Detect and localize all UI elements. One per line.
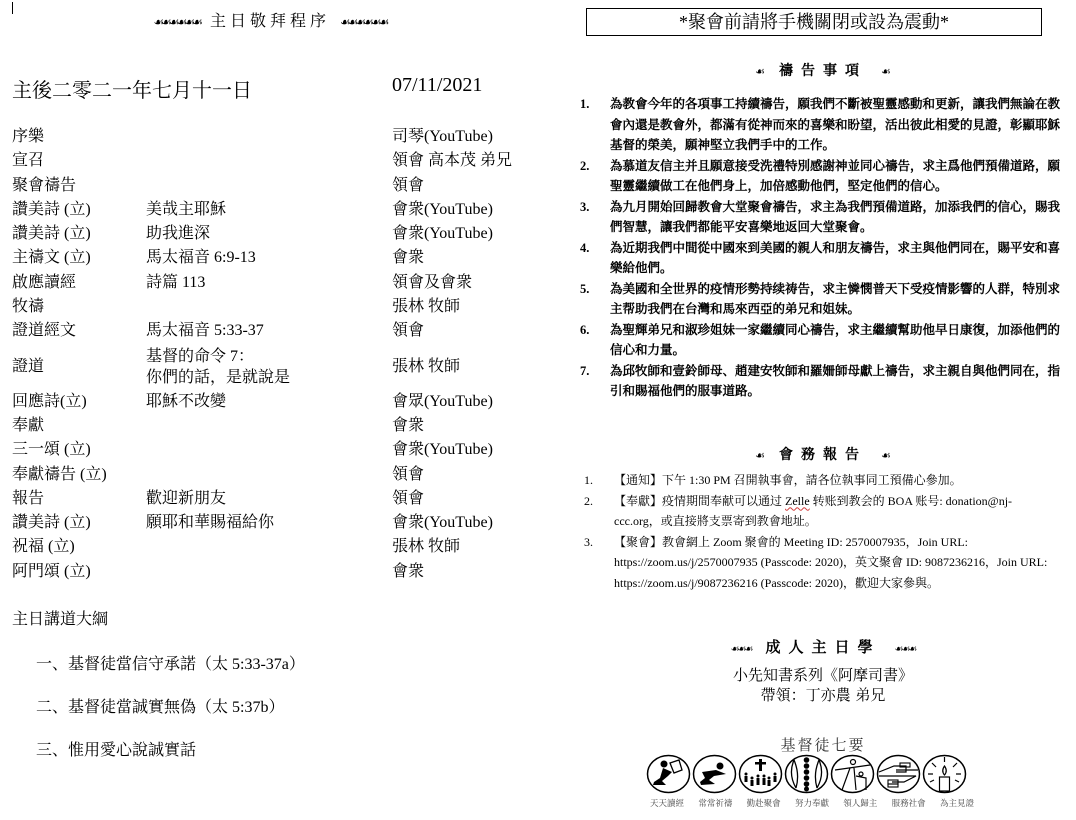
announcements-column: *聚會前請將手機關閉或設為震動* ☙禱告事項☙ 1.為教會今年的各項事工持續禱告… [570, 0, 1076, 820]
news-text: 【聚會】教會網上 Zoom 聚會的 Meeting ID: 2570007935… [584, 532, 1070, 553]
prayer-text: 為近期我們中間從中國來到美國的親人和朋友禱告，求主與他們同在，賜平安和喜樂給他們… [610, 241, 1060, 276]
news-item: 2. 【奉獻】疫情期間奉献可以通过 Zelle 转账到教会的 BOA 账号: d… [584, 491, 1070, 532]
news-text: 【通知】下午 1:30 PM 召開執事會，請各位執事同工預備心參加。 [584, 470, 1070, 491]
congregation-cross-icon [738, 754, 783, 794]
prayer-item: 3.為九月開始回歸教會大堂聚會禱告，求主為我們預備道路，加添我們的信心，賜我們智… [580, 197, 1070, 238]
order-item: 奉獻 [12, 414, 44, 438]
prayer-heading: ☙禱告事項☙ [570, 60, 1076, 80]
worship-order-row: 聚會禱告領會 [12, 174, 552, 198]
prayer-text: 為九月開始回歸教會大堂聚會禱告，求主為我們預備道路，加添我們的信心，賜我們智慧，… [610, 200, 1060, 235]
prayer-item: 1.為教會今年的各項事工持續禱告，願我們不斷被聖靈感動和更新，讓我們無論在教會內… [580, 94, 1070, 156]
essential-label: 勤赴聚會 [741, 797, 787, 809]
essential-label: 領人歸主 [837, 797, 883, 809]
order-item: 報告 [12, 487, 44, 511]
order-leader: 張林 牧師 [392, 355, 460, 379]
worship-order-row: 主禱文 (立)馬太福音 6:9-13會衆 [12, 246, 552, 270]
order-leader: 會衆(YouTube) [392, 198, 493, 222]
worship-order-row: 回應詩(立)耶穌不改變會眾(YouTube) [12, 390, 552, 414]
sunday-school-leader: 帶領：丁亦農 弟兄 [570, 684, 1076, 705]
worship-order-row: 讚美詩 (立)助我進深會衆(YouTube) [12, 222, 552, 246]
worship-order-row: 三一頌 (立)會衆(YouTube) [12, 438, 552, 462]
sunday-school-heading: ☙☙☙成人主日學☙☙☙ [570, 636, 1076, 657]
order-item: 三一頌 (立) [12, 438, 91, 462]
order-leader: 張林 牧師 [392, 535, 460, 559]
kneeling-prayer-icon [692, 754, 737, 794]
order-leader: 領會 [392, 487, 424, 511]
date-english: 07/11/2021 [392, 74, 482, 97]
order-item: 祝福 (立) [12, 535, 75, 559]
prayer-number: 5. [580, 279, 589, 300]
ornament-icon: ☙☙☙ [895, 644, 916, 655]
order-leader: 會衆(YouTube) [392, 222, 493, 246]
news-item: 3. 【聚會】教會網上 Zoom 聚會的 Meeting ID: 2570007… [584, 532, 1070, 594]
worship-order-row: 證道經文馬太福音 5:33-37領會 [12, 319, 552, 343]
news-text-part: 【奉獻】疫情期間奉献可以通过 [614, 494, 785, 508]
news-number: 2. [584, 491, 593, 512]
order-item: 讚美詩 (立) [12, 222, 91, 246]
spellcheck-word-zelle[interactable]: Zelle [785, 494, 810, 508]
prayer-number: 2. [580, 156, 589, 177]
worship-order-row: 證道基督的命令 7：你們的話，是就說是張林 牧師 [12, 344, 552, 390]
essential-label: 努力奉獻 [789, 797, 835, 809]
prayer-item: 2.為慕道友信主并且願意接受洗禮特別感謝神並同心禱告，求主爲他們預備道路，願聖靈… [580, 156, 1070, 197]
news-heading: ☙會務報告☙ [570, 444, 1076, 464]
prayer-text: 為邱牧師和壹鈴師母、趙建安牧師和羅姍師母獻上禱告，求主親自與他們同在，指引和賜福… [610, 364, 1060, 399]
worship-program-column: ☙☙☙☙☙☙主日敬拜程序☙☙☙☙☙☙ 主後二零二一年七月十一日 07/11/20… [0, 0, 560, 820]
order-item: 證道經文 [12, 319, 76, 343]
order-leader: 張林 牧師 [392, 295, 460, 319]
order-item: 宣召 [12, 149, 44, 173]
ornament-icon: ☙☙☙ [731, 644, 752, 655]
ornament-icon: ☙ [881, 65, 891, 78]
ornament-left: ☙☙☙☙☙☙ [153, 15, 200, 29]
sunday-school-series: 小先知書系列《阿摩司書》 [570, 664, 1076, 685]
order-leader: 會衆 [392, 560, 424, 584]
order-leader: 會衆(YouTube) [392, 511, 493, 535]
worship-order-row: 讚美詩 (立)美哉主耶穌會衆(YouTube) [12, 198, 552, 222]
essential-label: 服務社會 [886, 797, 932, 809]
news-text-continued: ccc.org，或直接將支票寄到教會地址。 [584, 511, 1070, 532]
worship-order-row: 啟應讀經詩篇 113領會及會衆 [12, 271, 552, 295]
prayer-title: 禱告事項 [779, 63, 867, 79]
order-detail: 助我進深 [146, 222, 210, 246]
essential-label: 常常祈禱 [692, 797, 738, 809]
worship-order-row: 奉獻會衆 [12, 414, 552, 438]
worship-order-row: 牧禱張林 牧師 [12, 295, 552, 319]
order-item: 牧禱 [12, 295, 44, 319]
essential-label: 天天讀經 [644, 797, 690, 809]
order-leader: 會衆 [392, 414, 424, 438]
order-detail: 馬太福音 5:33-37 [146, 319, 264, 343]
lead-to-lord-icon [830, 754, 875, 794]
order-leader: 領會及會衆 [392, 271, 472, 295]
order-detail: 詩篇 113 [146, 271, 205, 295]
worship-order-table: 序樂司琴(YouTube)宣召領會 高本茂 弟兄聚會禱告領會讚美詩 (立)美哉主… [12, 125, 552, 584]
order-detail: 基督的命令 7：你們的話，是就說是 [146, 346, 290, 388]
seven-essentials-title: 基督徒七要 [570, 734, 1076, 755]
order-detail: 歡迎新朋友 [146, 487, 226, 511]
prayer-item: 7.為邱牧師和壹鈴師母、趙建安牧師和羅姍師母獻上禱告，求主親自與他們同在，指引和… [580, 361, 1070, 402]
order-item: 讚美詩 (立) [12, 198, 91, 222]
worship-order-row: 阿門頌 (立)會衆 [12, 560, 552, 584]
sermon-outline-title: 主日講道大綱 [12, 606, 108, 629]
news-item: 1. 【通知】下午 1:30 PM 召開執事會，請各位執事同工預備心參加。 [584, 470, 1070, 491]
prayer-text: 為美國和全世界的疫情形勢持续祷告，求主憐憫普天下受疫情影響的人群，特別求主帮助我… [610, 282, 1060, 317]
news-text-part: 转账到教会的 BOA 账号: donation@nj- [810, 494, 1012, 508]
prayer-item: 4.為近期我們中間從中國來到美國的親人和朋友禱告，求主與他們同在，賜平安和喜樂給… [580, 238, 1070, 279]
prayer-number: 6. [580, 320, 589, 341]
worship-order-row: 宣召領會 高本茂 弟兄 [12, 149, 552, 173]
candle-light-icon [922, 754, 967, 794]
date-chinese: 主後二零二一年七月十一日 [12, 74, 252, 103]
order-item: 主禱文 (立) [12, 246, 91, 270]
seven-essentials-icons [646, 754, 976, 794]
prayer-number: 4. [580, 238, 589, 259]
sunday-school-title: 成人主日學 [765, 638, 880, 656]
prayer-list: 1.為教會今年的各項事工持續禱告，願我們不斷被聖靈感動和更新，讓我們無論在教會內… [580, 94, 1070, 402]
zoom-link-english[interactable]: https://zoom.us/j/9087236216 (Passcode: … [584, 573, 1070, 594]
prayer-item: 5.為美國和全世界的疫情形勢持续祷告，求主憐憫普天下受疫情影響的人群，特別求主帮… [580, 279, 1070, 320]
order-item: 奉獻禱告 (立) [12, 463, 107, 487]
ornament-icon: ☙ [755, 449, 765, 462]
news-number: 1. [584, 470, 593, 491]
news-list: 1. 【通知】下午 1:30 PM 召開執事會，請各位執事同工預備心參加。 2.… [584, 470, 1070, 593]
order-detail-line: 你們的話，是就說是 [146, 367, 290, 388]
worship-order-row: 奉獻禱告 (立)領會 [12, 463, 552, 487]
order-leader: 會衆(YouTube) [392, 438, 493, 462]
serving-hands-icon [876, 754, 921, 794]
order-detail: 馬太福音 6:9-13 [146, 246, 256, 270]
fish-loaves-icon [784, 754, 829, 794]
zoom-link-chinese[interactable]: https://zoom.us/j/2570007935 (Passcode: … [584, 552, 1070, 573]
ornament-right: ☙☙☙☙☙☙ [340, 15, 387, 29]
order-item: 序樂 [12, 125, 44, 149]
prayer-number: 1. [580, 94, 589, 115]
phone-notice-box: *聚會前請將手機關閉或設為震動* [586, 8, 1042, 36]
ornament-icon: ☙ [881, 449, 891, 462]
news-title: 會務報告 [779, 447, 867, 463]
order-item: 回應詩(立) [12, 390, 87, 414]
order-leader: 會眾(YouTube) [392, 390, 493, 414]
sermon-point: 一、基督徒當信守承諾（太 5:33-37a） [36, 651, 305, 674]
essential-label: 為主見證 [934, 797, 980, 809]
order-detail: 耶穌不改變 [146, 390, 226, 414]
worship-order-row: 序樂司琴(YouTube) [12, 125, 552, 149]
order-leader: 會衆 [392, 246, 424, 270]
order-leader: 司琴(YouTube) [392, 125, 493, 149]
order-leader: 領會 高本茂 弟兄 [392, 149, 512, 173]
order-item: 讚美詩 (立) [12, 511, 91, 535]
prayer-text: 為慕道友信主并且願意接受洗禮特別感謝神並同心禱告，求主爲他們預備道路，願聖靈繼續… [610, 159, 1060, 194]
worship-order-row: 祝福 (立)張林 牧師 [12, 535, 552, 559]
news-text: 【奉獻】疫情期間奉献可以通过 Zelle 转账到教会的 BOA 账号: dona… [584, 491, 1070, 512]
ornament-icon: ☙ [755, 65, 765, 78]
order-item: 啟應讀經 [12, 271, 76, 295]
order-detail: 願耶和華賜福給你 [146, 511, 274, 535]
seven-essentials-labels: 天天讀經 常常祈禱 勤赴聚會 努力奉獻 領人歸主 服務社會 為主見證 [644, 797, 980, 809]
prayer-number: 7. [580, 361, 589, 382]
news-number: 3. [584, 532, 593, 553]
sermon-point: 三、惟用愛心說誠實話 [36, 737, 196, 760]
order-detail-line: 基督的命令 7： [146, 346, 290, 367]
worship-title: 主日敬拜程序 [210, 11, 330, 30]
order-leader: 領會 [392, 174, 424, 198]
order-detail: 美哉主耶穌 [146, 198, 226, 222]
worship-order-row: 報告歡迎新朋友領會 [12, 487, 552, 511]
order-item: 阿門頌 (立) [12, 560, 91, 584]
worship-title-row: ☙☙☙☙☙☙主日敬拜程序☙☙☙☙☙☙ [0, 8, 540, 31]
order-item: 聚會禱告 [12, 174, 76, 198]
order-leader: 領會 [392, 463, 424, 487]
prayer-text: 為聖輝弟兄和淑珍姐妹一家繼續同心禱告，求主繼續幫助他早日康復，加添他們的信心和力… [610, 323, 1060, 358]
sermon-point: 二、基督徒當誠實無偽（太 5:37b） [36, 694, 284, 717]
prayer-item: 6.為聖輝弟兄和淑珍姐妹一家繼續同心禱告，求主繼續幫助他早日康復，加添他們的信心… [580, 320, 1070, 361]
prayer-text: 為教會今年的各項事工持續禱告，願我們不斷被聖靈感動和更新，讓我們無論在教會內還是… [610, 97, 1060, 152]
order-leader: 領會 [392, 319, 424, 343]
worship-order-row: 讚美詩 (立)願耶和華賜福給你會衆(YouTube) [12, 511, 552, 535]
reading-bible-icon [646, 754, 691, 794]
order-item: 證道 [12, 355, 44, 379]
prayer-number: 3. [580, 197, 589, 218]
